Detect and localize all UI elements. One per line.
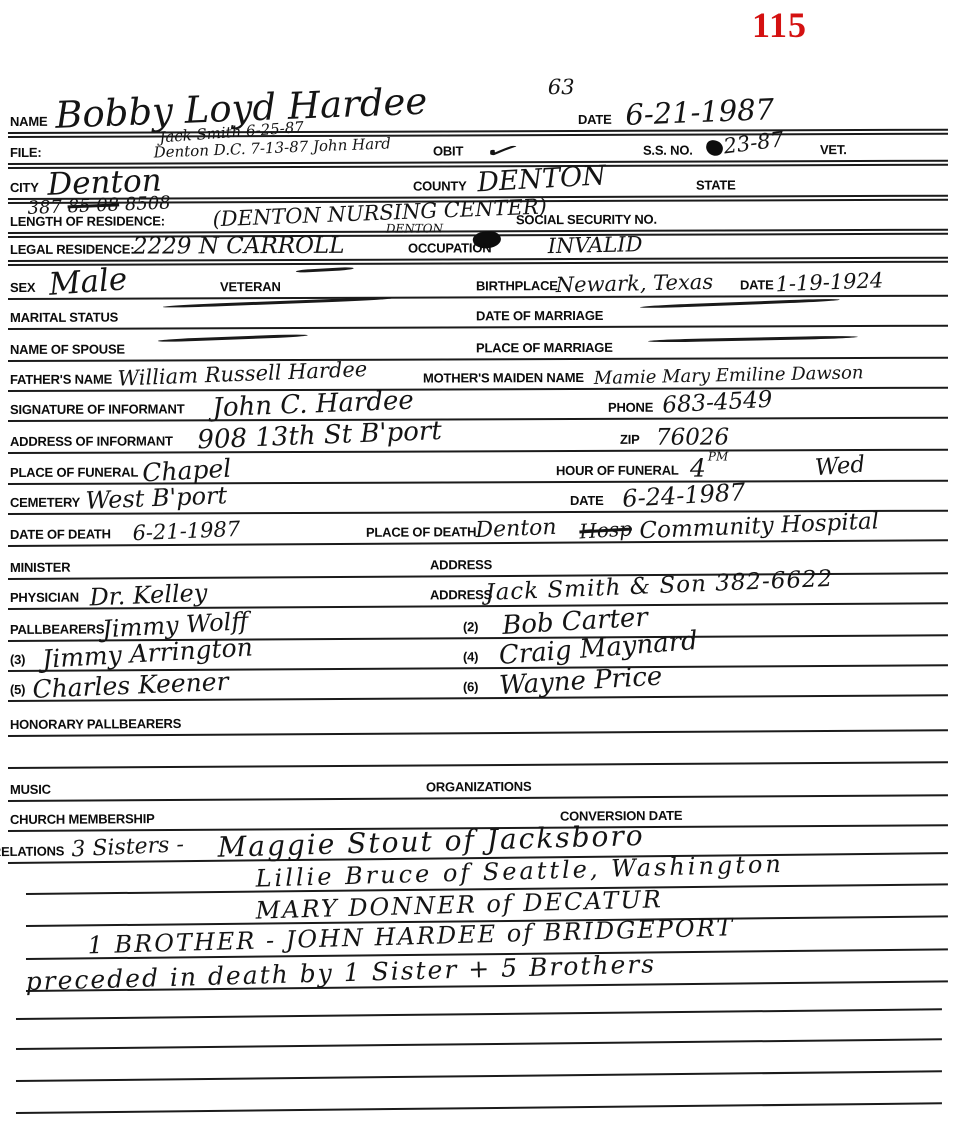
signature-of-informant-label: SIGNATURE OF INFORMANT — [10, 401, 185, 417]
hour-value: 4 — [690, 456, 706, 481]
place-of-death-part1: Denton — [475, 517, 557, 542]
physician-address-label: ADDRESS — [430, 587, 492, 602]
handwritten-dash — [158, 334, 308, 343]
marital-status-label: MARITAL STATUS — [10, 310, 118, 325]
county-value: DENTON — [476, 162, 606, 196]
pallbearers-label: PALLBEARERS — [10, 621, 104, 637]
ssn-value: 23-87 — [722, 129, 785, 157]
ssn-label: S.S. NO. — [643, 143, 693, 158]
date-of-marriage-label: DATE OF MARRIAGE — [476, 308, 603, 323]
name-of-spouse-label: NAME OF SPOUSE — [10, 342, 125, 357]
music-label: MUSIC — [10, 782, 51, 797]
birth-date-value: 1-19-1924 — [775, 270, 883, 295]
place-of-death-label: PLACE OF DEATH — [366, 524, 476, 540]
facility-value: (DENTON NURSING CENTER) — [212, 196, 547, 230]
legal-residence-value: 2229 N CARROLL — [133, 235, 345, 259]
date-value: 6-21-1987 — [625, 95, 775, 130]
church-membership-label: CHURCH MEMBERSHIP — [10, 811, 155, 827]
fathers-name-value: William Russell Hardee — [117, 359, 367, 390]
mothers-maiden-name-value: Mamie Mary Emiline Dawson — [594, 364, 864, 388]
birthplace-value: Newark, Texas — [556, 272, 714, 296]
occupation-label: OCCUPATION — [408, 240, 492, 255]
date-of-death-label: DATE OF DEATH — [10, 526, 111, 542]
date-label: DATE — [578, 112, 612, 127]
cemetery-value: West B'port — [85, 483, 227, 512]
handwritten-dash — [163, 297, 393, 309]
county-label: COUNTY — [413, 178, 467, 193]
phone-value: 683-4549 — [662, 389, 773, 418]
pallbearer-6: Wayne Price — [498, 663, 662, 698]
organizations-label: ORGANIZATIONS — [426, 779, 532, 795]
place-of-death-part2: Community Hospital — [639, 510, 879, 543]
physician-value: Dr. Kelley — [89, 581, 208, 610]
informant-address-value: 908 13th St B'port — [197, 418, 442, 453]
number-suffix: 8508 — [124, 192, 171, 215]
pallbearer-6-number: (6) — [463, 679, 478, 694]
relations-line1-prefix: 3 Sisters - — [71, 834, 184, 861]
name-label: NAME — [10, 114, 48, 129]
pallbearer-2-number: (2) — [463, 619, 478, 634]
veteran-label: VETERAN — [220, 279, 281, 294]
cemetery-label: CEMETERY — [10, 495, 80, 510]
hour-of-funeral-label: HOUR OF FUNERAL — [556, 463, 679, 478]
pallbearer-4-number: (4) — [463, 649, 478, 664]
funeral-day-value: Wed — [814, 454, 866, 481]
phone-label: PHONE — [608, 400, 653, 415]
file-label: FILE: — [10, 145, 42, 160]
obit-label: OBIT — [433, 143, 463, 158]
ink-blot — [704, 139, 724, 158]
zip-value: 76026 — [656, 426, 729, 449]
physician-label: PHYSICIAN — [10, 590, 79, 605]
sex-value: Male — [48, 264, 129, 301]
birth-date-label: DATE — [740, 277, 774, 292]
sex-label: SEX — [10, 280, 35, 295]
pallbearer-3-number: (3) — [10, 652, 25, 667]
birthplace-label: BIRTHPLACE — [476, 278, 558, 293]
place-of-marriage-label: PLACE OF MARRIAGE — [476, 340, 613, 355]
relations-label: RELATIONS — [0, 843, 64, 859]
handwritten-dash — [640, 298, 840, 309]
fathers-name-label: FATHER'S NAME — [10, 372, 112, 387]
informant-signature-value: John C. Hardee — [212, 388, 414, 422]
honorary-pallbearers-label: HONORARY PALLBEARERS — [10, 716, 181, 732]
date-of-death-value: 6-21-1987 — [132, 519, 240, 544]
place-of-funeral-label: PLACE OF FUNERAL — [10, 465, 138, 480]
city-label: CITY — [10, 180, 39, 195]
mothers-maiden-name-label: MOTHER'S MAIDEN NAME — [423, 370, 584, 386]
pallbearer-5: Charles Keener — [32, 669, 229, 702]
cemetery-date-label: DATE — [570, 493, 604, 508]
address-of-informant-label: ADDRESS OF INFORMANT — [10, 433, 173, 449]
age-superscript: 63 — [548, 77, 575, 98]
social-security-label: SOCIAL SECURITY NO. — [516, 212, 657, 227]
handwritten-dash — [296, 267, 354, 273]
legal-residence-superscript: DENTON — [386, 222, 443, 234]
length-of-residence-label: LENGTH OF RESIDENCE: — [10, 213, 165, 229]
page-number: 115 — [752, 4, 807, 46]
hour-meridiem: PM — [708, 450, 728, 462]
cemetery-date-value: 6-24-1987 — [622, 480, 746, 511]
pallbearer-5-number: (5) — [10, 682, 25, 697]
minister-address-label: ADDRESS — [430, 557, 492, 572]
funeral-record-form: 115 NAME Bobby Loyd Hardee 63 DATE 6-21-… — [0, 0, 955, 1124]
minister-label: MINISTER — [10, 560, 71, 575]
state-label: STATE — [696, 177, 736, 192]
handwritten-dash — [648, 335, 858, 342]
place-of-death-struck: Hosp — [579, 518, 633, 541]
vet-label: VET. — [820, 142, 847, 157]
occupation-value: INVALID — [548, 234, 643, 257]
legal-residence-label: LEGAL RESIDENCE: — [10, 242, 134, 257]
sex-row: SEX Male VETERAN BIRTHPLACE Newark, Texa… — [8, 257, 948, 300]
zip-label: ZIP — [620, 432, 640, 447]
